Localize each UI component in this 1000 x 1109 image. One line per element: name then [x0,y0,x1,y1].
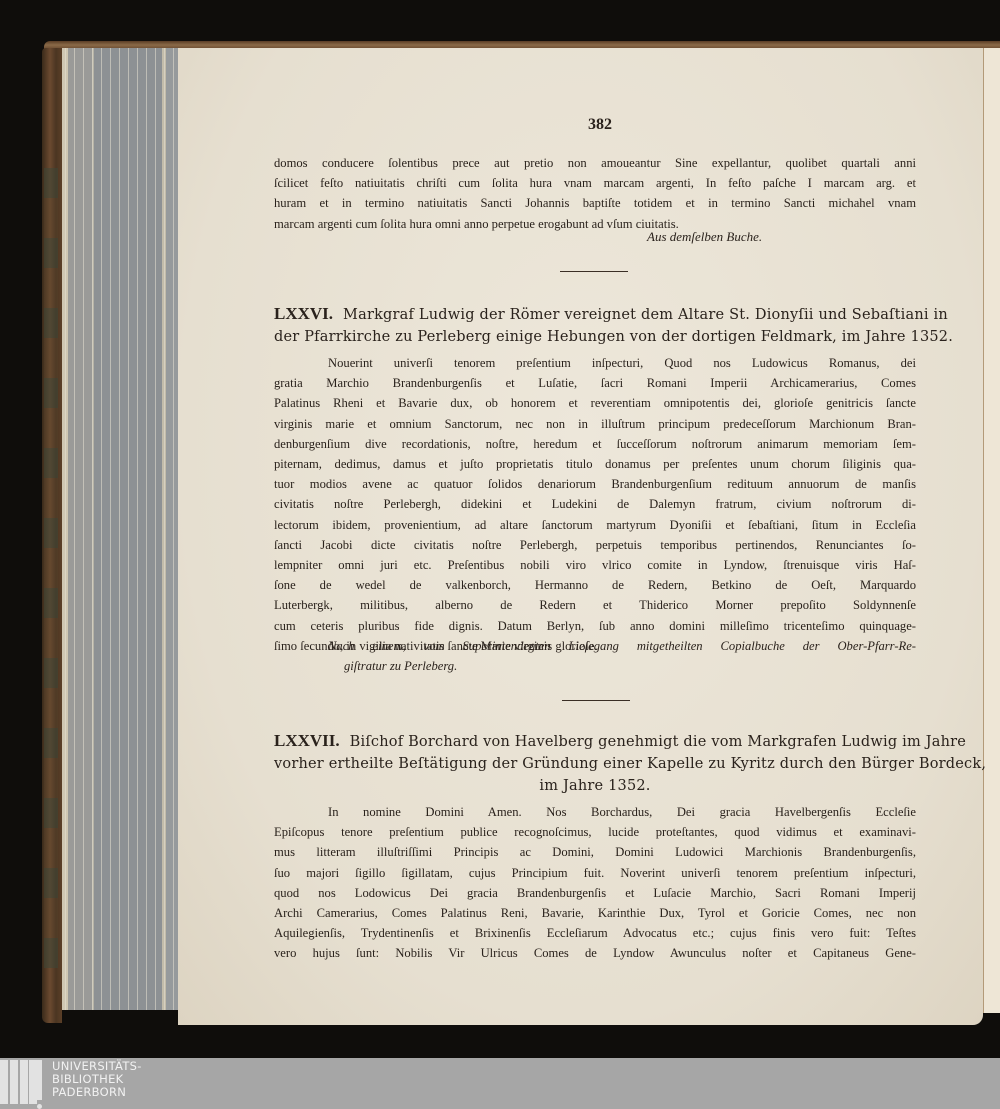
section-divider [560,271,628,272]
library-footer-bar: UNIVERSITÄTS- BIBLIOTHEK PADERBORN [0,1058,1000,1109]
text-line: domos conducere ſolentibus prece aut pre… [274,153,916,173]
section-divider [562,700,630,701]
text-line: huram et in termino natiuitatis Sancti J… [274,193,916,213]
section-title-line: im Jahre 1352. [274,775,916,797]
text-line: marcam argenti cum ſolita hura omni anno… [274,214,916,234]
library-logo-dot [37,1104,42,1109]
text-line: Luterbergk, militibus, alberno de Redern… [274,595,916,615]
section-heading-lxxvii: LXXVII.Biſchof Borchard von Havelberg ge… [274,730,916,797]
book-spine [42,48,62,1023]
text-line: Aquilegienſis, Trydentinenſis et Brixine… [274,923,916,943]
text-line: ſuo majori ſigillo ſigillatam, cujus Pri… [274,863,916,883]
text-line: lectorum ibidem, provenientium, ad altar… [274,515,916,535]
source-note-lxxvi: Nach einem, vom Superintendenten Lieſega… [274,636,916,676]
text-line: Epiſcopus tenore preſentium publice reco… [274,822,916,842]
library-logo-text: UNIVERSITÄTS- BIBLIOTHEK PADERBORN [52,1060,142,1099]
source-note: Aus demſelben Buche. [647,229,762,245]
section-number: LXXVI. [274,304,333,323]
text-line: Palatinus Rheni et Bavarie dux, ob honor… [274,393,916,413]
text-line: vero hujus ſunt: Nobilis Vir Ulricus Com… [274,943,916,963]
section-body-lxxvii: In nomine Domini Amen. Nos Borchardus, D… [274,802,916,964]
text-line: denburgenſium dive recordationis, noſtre… [274,434,916,454]
text-line: mus litteram illuſtriſſimi Principis ac … [274,842,916,862]
text-line: gratia Marchio Brandenburgenſis et Luſat… [274,373,916,393]
text-line: ſancti Jacobi dicte civitatis noſtre Per… [274,535,916,555]
text-line: piternam, dedimus, damus et juſto propri… [274,454,916,474]
page-number: 382 [560,116,640,134]
text-line: Archi Camerarius, Comes Palatinus Reni, … [274,903,916,923]
logo-line: PADERBORN [52,1086,142,1099]
section-title-line: Biſchof Borchard von Havelberg genehmigt… [350,734,966,750]
section-number: LXXVII. [274,731,340,750]
section-heading-lxxvi: LXXVI.Markgraf Ludwig der Römer vereigne… [274,303,916,348]
text-line: giſtratur zu Perleberg. [274,656,916,676]
section-body-lxxvi: Nouerint univerſi tenorem preſentium inſ… [274,353,916,656]
section-title-line: vorher ertheilte Beſtätigung der Gründun… [274,753,916,775]
text-line: cum ceteris pluribus fide dignis. Datum … [274,616,916,636]
text-line: virginis marie et omnium Sanctorum, nec … [274,414,916,434]
continuation-paragraph: domos conducere ſolentibus prece aut pre… [274,153,916,234]
text-line: ſcilicet feſto natiuitatis chriſti cum ſ… [274,173,916,193]
next-page-edge [983,48,1000,1013]
text-line: Nouerint univerſi tenorem preſentium inſ… [274,353,916,373]
section-title-line: Markgraf Ludwig der Römer vereignet dem … [343,307,948,323]
text-line: In nomine Domini Amen. Nos Borchardus, D… [274,802,916,822]
text-line: ſone de wedel de valkenborch, Hermanno d… [274,575,916,595]
text-line: Nach einem, vom Superintendenten Lieſega… [274,636,916,656]
page-stack-edge [62,48,178,1010]
text-line: civitatis noſtre Perlebergh, didekini et… [274,494,916,514]
text-line: quod nos Lodowicus Dei gracia Brandenbur… [274,883,916,903]
text-line: tuor modios avene ac quatuor ſolidos den… [274,474,916,494]
section-title-line: der Pfarrkirche zu Perleberg einige Hebu… [274,326,916,348]
text-line: lempniter omni juri etc. Preſentibus nob… [274,555,916,575]
